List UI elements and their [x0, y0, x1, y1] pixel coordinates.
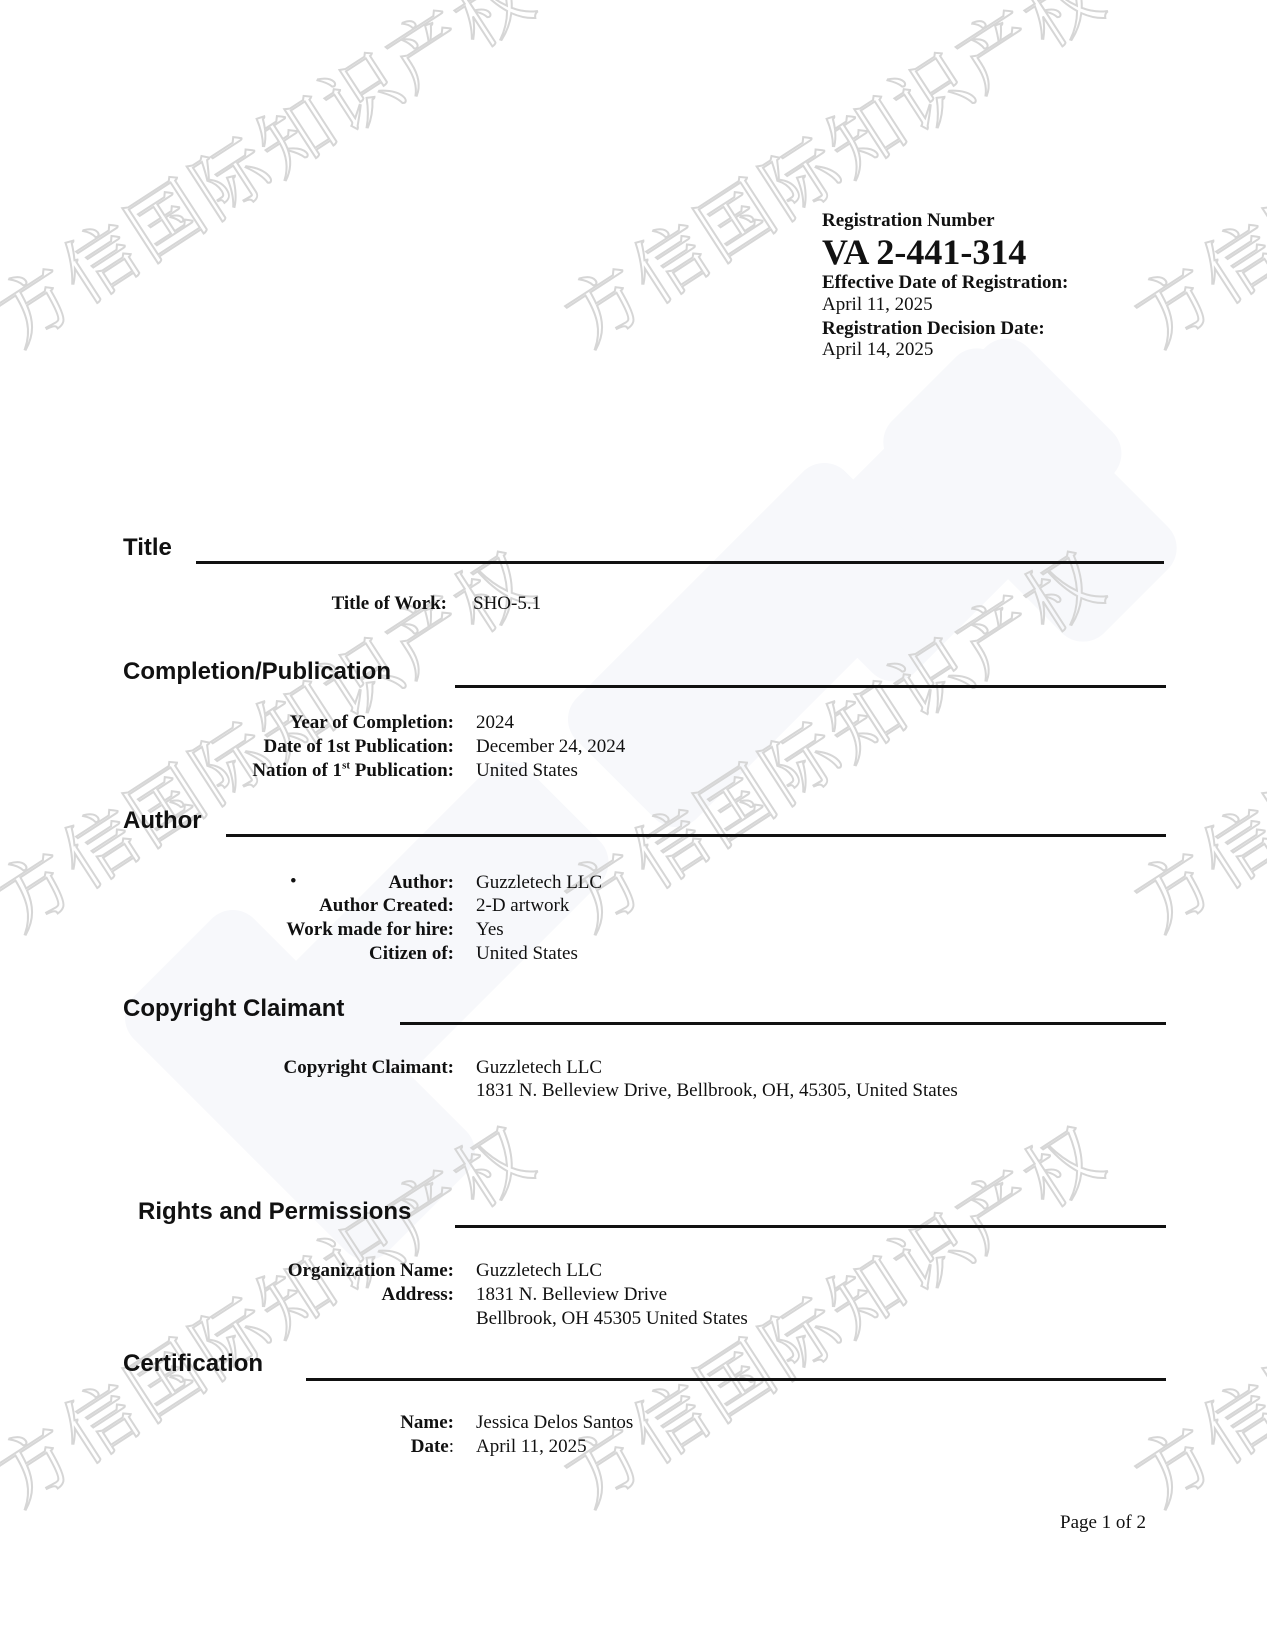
field-label-citizen-of: Citizen of:	[0, 942, 454, 966]
field-value-copyright-claimant-address: 1831 N. Belleview Drive, Bellbrook, OH, …	[476, 1079, 958, 1103]
page-number: Page 1 of 2	[1060, 1512, 1146, 1534]
field-value-address-line1: 1831 N. Belleview Drive	[476, 1283, 667, 1307]
section-divider	[455, 685, 1166, 688]
decision-date-value: April 14, 2025	[822, 339, 1068, 361]
section-heading-author: Author	[123, 807, 202, 835]
field-value-address-line2: Bellbrook, OH 45305 United States	[476, 1307, 748, 1331]
effective-date-label: Effective Date of Registration:	[822, 272, 1068, 294]
field-label-address: Address:	[0, 1283, 454, 1307]
field-label-work-made-for-hire: Work made for hire:	[0, 918, 454, 942]
label-part: Publication:	[350, 760, 454, 781]
watermark-text: 方信国际知识产权	[1112, 0, 1267, 366]
section-heading-certification: Certification	[123, 1350, 263, 1378]
section-divider	[226, 834, 1166, 837]
section-divider	[196, 561, 1164, 564]
field-label-nation-of-first-publication: Nation of 1st Publication:	[0, 759, 454, 783]
field-label-author: Author:	[0, 871, 454, 895]
field-value-date: April 11, 2025	[476, 1435, 587, 1459]
section-heading-completion: Completion/Publication	[123, 658, 391, 686]
field-value-author: Guzzletech LLC	[476, 871, 602, 895]
watermark-text: 方信国际知识产权	[1112, 1097, 1267, 1526]
field-value-name: Jessica Delos Santos	[476, 1411, 633, 1435]
section-heading-copyright-claimant: Copyright Claimant	[123, 995, 344, 1023]
watermark-text: 方信国际知识产权	[0, 1097, 553, 1526]
field-value-copyright-claimant: Guzzletech LLC	[476, 1056, 602, 1080]
section-heading-title: Title	[123, 534, 172, 562]
field-value-title-of-work: SHO-5.1	[473, 592, 541, 616]
section-divider	[455, 1225, 1166, 1228]
field-value-author-created: 2-D artwork	[476, 894, 569, 918]
label-part: Date	[411, 1436, 449, 1457]
field-label-name: Name:	[0, 1411, 454, 1435]
watermark-text: 方信国际知识产权	[1112, 522, 1267, 951]
field-label-copyright-claimant: Copyright Claimant:	[0, 1056, 454, 1080]
decision-date-label: Registration Decision Date:	[822, 318, 1068, 340]
registration-block: Registration Number VA 2-441-314 Effecti…	[822, 210, 1068, 363]
label-part: :	[449, 1436, 454, 1457]
effective-date-value: April 11, 2025	[822, 294, 1068, 316]
section-divider	[306, 1378, 1166, 1381]
field-label-date-of-first-publication: Date of 1st Publication:	[0, 735, 454, 759]
field-label-title-of-work: Title of Work:	[0, 592, 447, 616]
field-label-date: Date:	[0, 1435, 454, 1459]
field-value-organization-name: Guzzletech LLC	[476, 1259, 602, 1283]
field-value-year-of-completion: 2024	[476, 711, 514, 735]
field-value-work-made-for-hire: Yes	[476, 918, 504, 942]
watermark-text: 方信国际知识产权	[542, 522, 1123, 951]
section-heading-rights-and-permissions: Rights and Permissions	[138, 1198, 411, 1226]
field-value-nation-of-first-publication: United States	[476, 759, 578, 783]
field-label-author-created: Author Created:	[0, 894, 454, 918]
field-label-year-of-completion: Year of Completion:	[0, 711, 454, 735]
field-label-organization-name: Organization Name:	[0, 1259, 454, 1283]
registration-number: VA 2-441-314	[822, 232, 1068, 272]
label-superscript: st	[342, 760, 350, 772]
label-part: Nation of 1	[252, 760, 342, 781]
section-divider	[400, 1022, 1166, 1025]
watermark-text: 方信国际知识产权	[0, 0, 553, 366]
field-value-citizen-of: United States	[476, 942, 578, 966]
registration-number-label: Registration Number	[822, 210, 1068, 232]
field-value-date-of-first-publication: December 24, 2024	[476, 735, 625, 759]
